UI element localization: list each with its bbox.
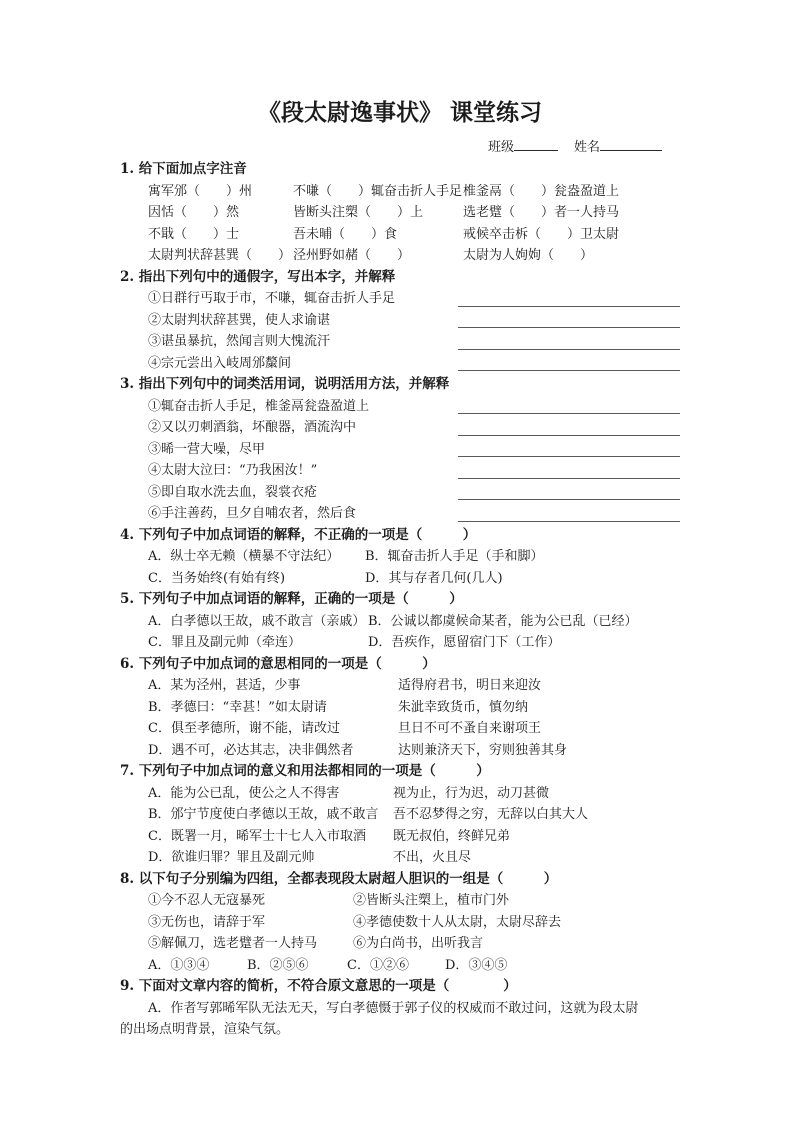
q7-option-row: B．邠宁节度使白孝德以王故，戚不敢言 吾不忍梦得之穷，无辞以白其大人 <box>120 804 680 826</box>
q1-cell: 选老躄（ ）者一人持马 <box>463 202 680 224</box>
question-7: 7. 下列句子中加点词的意义和用法都相同的一项是（ ） A．能为公已乱，使公之人… <box>120 761 680 869</box>
question-8: 8. 以下句子分别编为四组，全都表现段太尉超人胆识的一组是（ ） ①今不忍人无寇… <box>120 869 680 977</box>
question-4: 4. 下列句子中加点词语的解释，不正确的一项是（ ） A．纵士卒无赖（横暴不守法… <box>120 525 680 590</box>
q2-item-text: ①日群行丐取于市，不嗛，辄奋击折人手足 <box>148 288 395 310</box>
option-a-sentence-2: 视为止，行为迟，动刀甚微 <box>393 783 549 805</box>
q8-sentence-row: ⑤解佩刀，选老躄者一人持马 ⑥为白尚书，出听我言 <box>120 933 680 955</box>
q8-sentence-4: ④孝德使数十人从太尉，太尉尽辞去 <box>353 912 561 934</box>
q4-option-row: A．纵士卒无赖（横暴不守法纪） B．辄奋击折人手足（手和脚） <box>120 546 680 568</box>
q8-sentence-5: ⑤解佩刀，选老躄者一人持马 <box>148 933 353 955</box>
q1-cell: 吾未晡（ ）食 <box>293 224 463 246</box>
answer-choice-b: B．②⑤⑥ <box>247 955 347 977</box>
q2-item: ①日群行丐取于市，不嗛，辄奋击折人手足 <box>120 288 680 310</box>
q3-item-text: ⑥手注善药，旦夕自哺农者，然后食 <box>148 503 356 525</box>
answer-blank-line <box>458 521 680 522</box>
name-blank-line <box>600 138 662 151</box>
q8-answer-choices: A．①③④ B．②⑤⑥ C．①②⑥ D．③④⑤ <box>120 955 680 977</box>
q1-cell: 戒候卒击柝（ ）卫太尉 <box>463 224 680 246</box>
option-a-sentence-1: A．能为公已乱，使公之人不得害 <box>148 783 393 805</box>
question-3: 3. 指出下列句中的词类活用词，说明活用方法，并解释 ①辄奋击折人手足，椎釜鬲瓮… <box>120 374 680 525</box>
q7-option-row: C．既署一月，晞军士十七人入市取酒 既无叔伯，终鲜兄弟 <box>120 826 680 848</box>
q4-option-row: C．当务始终(有始有终) D．其与存者几何(几人) <box>120 568 680 590</box>
option-c-sentence-1: C．既署一月，晞军士十七人入市取酒 <box>148 826 393 848</box>
q1-row: 太尉判状辞甚巽（ ） 泾州野如赭（ ） 太尉为人姁姁（ ） <box>120 245 680 267</box>
q3-heading: 3. 指出下列句中的词类活用词，说明活用方法，并解释 <box>120 374 680 396</box>
option-d-sentence-2: 不出，火且尽 <box>393 847 471 869</box>
q6-option-row: A．某为泾州，甚适，少事 适得府君书，明日来迎汝 <box>120 675 680 697</box>
q2-item: ②太尉判状辞甚巽，使人求谕谌 <box>120 310 680 332</box>
answer-choice-a: A．①③④ <box>148 955 247 977</box>
q1-cell: 皆断头注槊（ ）上 <box>293 202 463 224</box>
q1-cell: 太尉为人姁姁（ ） <box>463 245 680 267</box>
answer-blank-line <box>458 327 680 328</box>
option-b-sentence-2: 朱泚幸致货币，慎勿纳 <box>398 697 528 719</box>
q6-option-row: D．遇不可，必达其志，决非偶然者 达则兼济天下，穷则独善其身 <box>120 740 680 762</box>
q1-row: 寓军邠（ ）州 不嗛（ ）辄奋击折人手足 椎釜鬲（ ）瓮盎盈道上 <box>120 181 680 203</box>
worksheet-page: 《段太尉逸事状》 课堂练习 班级姓名 1. 给下面加点字注音 寓军邠（ ）州 不… <box>0 0 800 1132</box>
q1-cell: 泾州野如赭（ ） <box>293 245 463 267</box>
q8-sentence-6: ⑥为白尚书，出听我言 <box>353 933 483 955</box>
q9-option-a-line-2: 的出场点明背景，渲染气氛。 <box>120 1019 680 1041</box>
q2-item: ④宗元尝出入岐周邠斄间 <box>120 353 680 375</box>
answer-blank-line <box>458 413 680 414</box>
question-5: 5. 下列句子中加点词语的解释，正确的一项是（ ） A．白孝德以王故，戚不敢言（… <box>120 589 680 654</box>
q3-item: ②又以刃刺酒翁，坏酿器，酒流沟中 <box>120 417 680 439</box>
q2-item-text: ④宗元尝出入岐周邠斄间 <box>148 353 291 375</box>
q1-cell: 椎釜鬲（ ）瓮盎盈道上 <box>463 181 680 203</box>
option-a: A．白孝德以王故，戚不敢言（亲戚） <box>148 611 368 633</box>
q1-cell: 不戢（ ）士 <box>148 224 293 246</box>
question-6: 6. 下列句子中加点词的意思相同的一项是（ ） A．某为泾州，甚适，少事 适得府… <box>120 654 680 762</box>
q5-option-row: C．罪且及副元帅（牵连） D．吾疾作，愿留宿门下（工作） <box>120 632 680 654</box>
q3-item: ⑥手注善药，旦夕自哺农者，然后食 <box>120 503 680 525</box>
question-1: 1. 给下面加点字注音 寓军邠（ ）州 不嗛（ ）辄奋击折人手足 椎釜鬲（ ）瓮… <box>120 159 680 267</box>
q3-item-text: ①辄奋击折人手足，椎釜鬲瓮盎盈道上 <box>148 396 369 418</box>
q3-item-text: ③晞一营大噪，尽甲 <box>148 439 265 461</box>
answer-blank-line <box>458 306 680 307</box>
option-a-sentence-2: 适得府君书，明日来迎汝 <box>398 675 541 697</box>
option-c-sentence-2: 旦日不可不蚤自来谢项王 <box>398 718 541 740</box>
q9-heading: 9. 下面对文章内容的简析，不符合原文意思的一项是（ ） <box>120 976 680 998</box>
answer-blank-line <box>458 349 680 350</box>
option-c: C．当务始终(有始有终) <box>148 568 365 590</box>
q5-heading: 5. 下列句子中加点词语的解释，正确的一项是（ ） <box>120 589 680 611</box>
q7-option-row: A．能为公已乱，使公之人不得害 视为止，行为迟，动刀甚微 <box>120 783 680 805</box>
q2-item-text: ③谌虽暴抗，然闻言则大愧流汗 <box>148 331 330 353</box>
page-title: 《段太尉逸事状》 课堂练习 <box>120 96 680 130</box>
option-b: B．辄奋击折人手足（手和脚） <box>365 546 544 568</box>
q5-option-row: A．白孝德以王故，戚不敢言（亲戚） B．公诚以都虞候命某者，能为公已乱（已经） <box>120 611 680 633</box>
q1-cell: 因恬（ ）然 <box>148 202 293 224</box>
student-info-line: 班级姓名 <box>120 137 680 159</box>
class-label: 班级 <box>488 140 514 155</box>
option-b-sentence-2: 吾不忍梦得之穷，无辞以白其大人 <box>393 804 588 826</box>
option-d-sentence-1: D．欲谁归罪？罪且及副元帅 <box>148 847 393 869</box>
q1-row: 因恬（ ）然 皆断头注槊（ ）上 选老躄（ ）者一人持马 <box>120 202 680 224</box>
answer-choice-d: D．③④⑤ <box>445 955 680 977</box>
q1-cell: 太尉判状辞甚巽（ ） <box>148 245 293 267</box>
q8-sentence-1: ①今不忍人无寇暴死 <box>148 890 353 912</box>
q1-cell: 不嗛（ ）辄奋击折人手足 <box>293 181 463 203</box>
option-b-sentence-1: B．邠宁节度使白孝德以王故，戚不敢言 <box>148 804 393 826</box>
q3-item-text: ⑤即自取水洗去血，裂裳衣疮 <box>148 482 317 504</box>
q6-option-row: C．俱至孝德所，谢不能，请改过 旦日不可不蚤自来谢项王 <box>120 718 680 740</box>
q3-item: ③晞一营大噪，尽甲 <box>120 439 680 461</box>
answer-blank-line <box>458 478 680 479</box>
worksheet-content: 《段太尉逸事状》 课堂练习 班级姓名 1. 给下面加点字注音 寓军邠（ ）州 不… <box>0 96 800 1041</box>
q3-item: ①辄奋击折人手足，椎釜鬲瓮盎盈道上 <box>120 396 680 418</box>
option-a: A．纵士卒无赖（横暴不守法纪） <box>148 546 365 568</box>
option-d-sentence-1: D．遇不可，必达其志，决非偶然者 <box>148 740 398 762</box>
class-blank-line <box>514 138 558 151</box>
q7-option-row: D．欲谁归罪？罪且及副元帅 不出，火且尽 <box>120 847 680 869</box>
answer-blank-line <box>458 499 680 500</box>
q8-sentence-row: ①今不忍人无寇暴死 ②皆断头注槊上，植市门外 <box>120 890 680 912</box>
answer-choice-c: C．①②⑥ <box>347 955 445 977</box>
q8-heading: 8. 以下句子分别编为四组，全都表现段太尉超人胆识的一组是（ ） <box>120 869 680 891</box>
q2-item-text: ②太尉判状辞甚巽，使人求谕谌 <box>148 310 330 332</box>
answer-blank-line <box>458 435 680 436</box>
q4-heading: 4. 下列句子中加点词语的解释，不正确的一项是（ ） <box>120 525 680 547</box>
q9-option-a-line-1: A．作者写郭晞军队无法无天，写白孝德慑于郭子仪的权威而不敢过问，这就为段太尉 <box>120 998 680 1020</box>
q3-item: ④太尉大泣曰：“乃我困汝！” <box>120 460 680 482</box>
q8-sentence-2: ②皆断头注槊上，植市门外 <box>353 890 509 912</box>
q6-option-row: B．孝德曰：“幸甚！”如太尉请 朱泚幸致货币，慎勿纳 <box>120 697 680 719</box>
answer-blank-line <box>458 370 680 371</box>
option-c: C．罪且及副元帅（牵连） <box>148 632 368 654</box>
option-d: D．吾疾作，愿留宿门下（工作） <box>368 632 560 654</box>
q1-cell: 寓军邠（ ）州 <box>148 181 293 203</box>
question-9: 9. 下面对文章内容的简析，不符合原文意思的一项是（ ） A．作者写郭晞军队无法… <box>120 976 680 1041</box>
q3-item: ⑤即自取水洗去血，裂裳衣疮 <box>120 482 680 504</box>
question-2: 2. 指出下列句中的通假字，写出本字，并解释 ①日群行丐取于市，不嗛，辄奋击折人… <box>120 267 680 375</box>
option-c-sentence-1: C．俱至孝德所，谢不能，请改过 <box>148 718 398 740</box>
q8-sentence-row: ③无伤也，请辞于军 ④孝德使数十人从太尉，太尉尽辞去 <box>120 912 680 934</box>
q3-item-text: ④太尉大泣曰：“乃我困汝！” <box>148 460 317 482</box>
q8-sentence-3: ③无伤也，请辞于军 <box>148 912 353 934</box>
q2-heading: 2. 指出下列句中的通假字，写出本字，并解释 <box>120 267 680 289</box>
option-c-sentence-2: 既无叔伯，终鲜兄弟 <box>393 826 510 848</box>
q7-heading: 7. 下列句子中加点词的意义和用法都相同的一项是（ ） <box>120 761 680 783</box>
q1-heading: 1. 给下面加点字注音 <box>120 159 680 181</box>
name-label: 姓名 <box>574 140 600 155</box>
option-b: B．公诚以都虞候命某者，能为公已乱（已经） <box>368 611 638 633</box>
q1-row: 不戢（ ）士 吾未晡（ ）食 戒候卒击柝（ ）卫太尉 <box>120 224 680 246</box>
option-d: D．其与存者几何(几人) <box>365 568 503 590</box>
option-d-sentence-2: 达则兼济天下，穷则独善其身 <box>398 740 567 762</box>
q3-item-text: ②又以刃刺酒翁，坏酿器，酒流沟中 <box>148 417 356 439</box>
q6-heading: 6. 下列句子中加点词的意思相同的一项是（ ） <box>120 654 680 676</box>
option-a-sentence-1: A．某为泾州，甚适，少事 <box>148 675 398 697</box>
option-b-sentence-1: B．孝德曰：“幸甚！”如太尉请 <box>148 697 398 719</box>
q2-item: ③谌虽暴抗，然闻言则大愧流汗 <box>120 331 680 353</box>
answer-blank-line <box>458 456 680 457</box>
